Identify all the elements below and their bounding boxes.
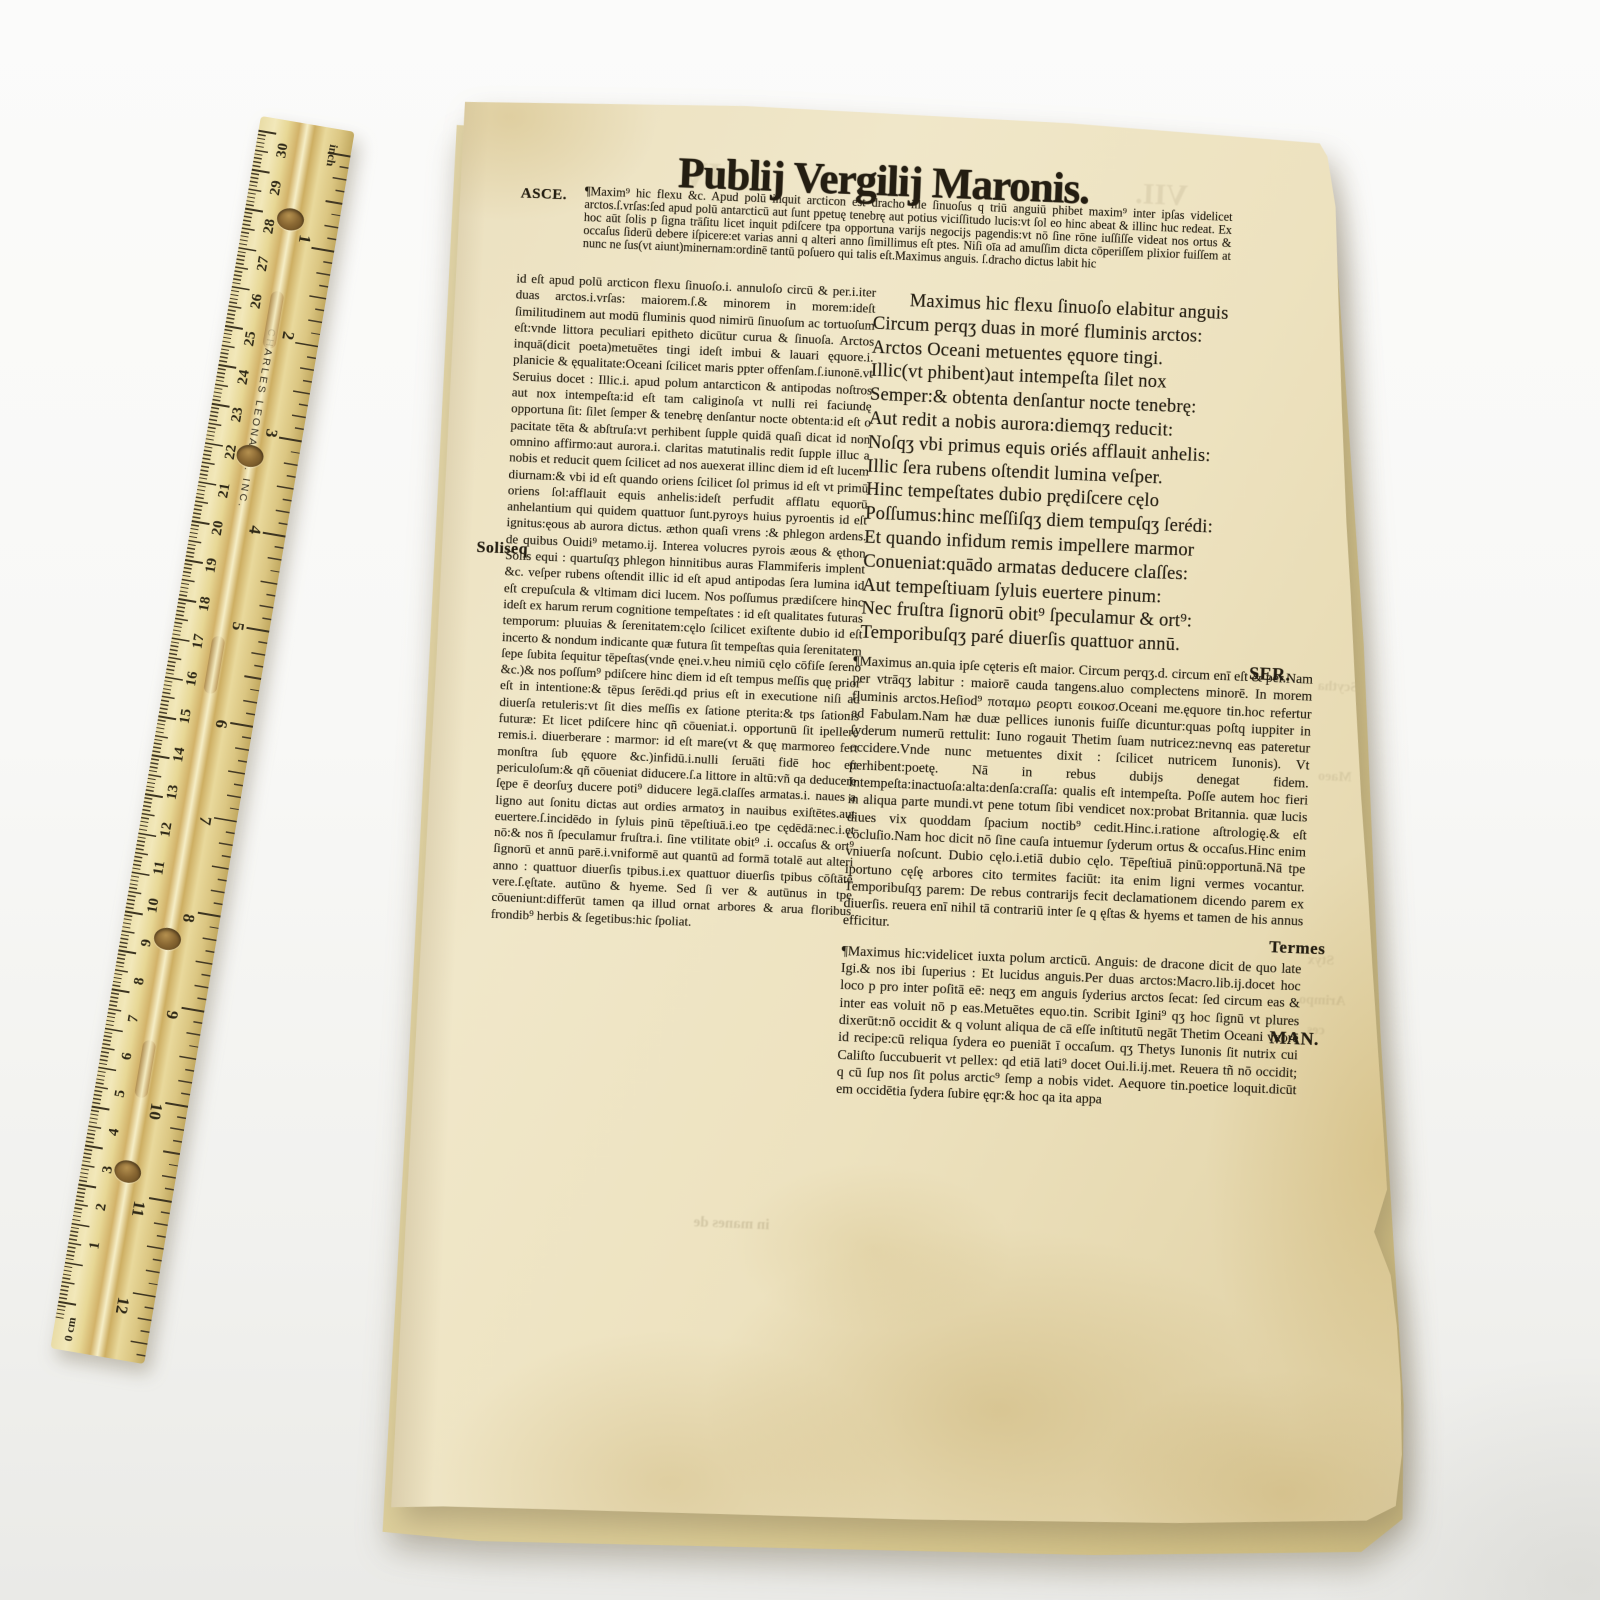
page-wrap: IVVII.in manes deScythaMaeoStyxArimpoces…	[382, 85, 1459, 1555]
inch-number: 7	[194, 815, 215, 827]
cm-number: 16	[182, 670, 201, 688]
ruler-cm-label: 0 cm	[61, 1316, 80, 1343]
photo-background: IVVII.in manes deScythaMaeoStyxArimpoces…	[0, 0, 1600, 1600]
inch-number: 1	[293, 233, 314, 245]
wooden-ruler: 3029282726252423222120191817161514131211…	[50, 116, 354, 1364]
inch-number: 4	[244, 524, 265, 536]
ruler-inch-numbers: 123456789101112	[109, 227, 316, 1317]
cm-number: 14	[170, 746, 189, 764]
cm-number: 5	[112, 1089, 130, 1099]
inch-number: 9	[161, 1009, 182, 1021]
cm-number: 8	[131, 976, 149, 986]
cm-number: 24	[234, 368, 253, 386]
inch-number: 3	[260, 427, 281, 439]
inch-number: 6	[210, 718, 231, 730]
cm-number: 11	[150, 859, 169, 876]
ghost-word: Scytha	[1317, 679, 1358, 697]
cm-number: 13	[163, 783, 182, 801]
cm-number: 17	[189, 632, 208, 650]
cm-number: 20	[208, 519, 227, 537]
cm-number: 6	[119, 1051, 137, 1061]
ghost-word: in manes de	[693, 1214, 769, 1234]
cm-number: 19	[202, 557, 221, 575]
inch-number: 8	[177, 912, 198, 924]
manuscript-page: IVVII.in manes deScythaMaeoStyxArimpoces…	[382, 85, 1459, 1555]
cm-number: 4	[106, 1127, 124, 1137]
cm-number: 15	[176, 708, 195, 726]
inch-number: 10	[143, 1101, 166, 1121]
commentary-paragraph: ¶Maximus hic:videlicet iuxta polum arcti…	[836, 942, 1302, 1116]
cm-number: 18	[195, 595, 214, 613]
bleedthrough-ghost-text: IVVII.in manes deScythaMaeoStyxArimpoces	[439, 85, 1458, 126]
commentary-paragraph: ¶Maximus an.quia ipſe cęteris eſt maior.…	[843, 652, 1314, 947]
cm-number: 7	[125, 1014, 143, 1024]
cm-number: 29	[266, 179, 285, 197]
inch-number: 2	[277, 330, 298, 342]
inch-number: 12	[110, 1295, 133, 1315]
cm-number: 2	[93, 1202, 111, 1212]
cm-number: 30	[273, 142, 292, 160]
right-commentary-column: ¶Maximus an.quia ipſe cęteris eſt maior.…	[835, 652, 1313, 1129]
left-commentary-column: id eſt apud polū arcticon flexu ſinuoſo.…	[491, 270, 877, 936]
ghost-word: Arimpo	[1299, 992, 1346, 1010]
margin-note-asce: ASCE.	[520, 185, 567, 204]
poem-verse-block: Maximus hic flexu ſinuoſo elabitur angui…	[860, 289, 1310, 663]
cm-number: 23	[228, 406, 247, 424]
ghost-word: Maeo	[1318, 769, 1352, 786]
cm-number: 12	[157, 821, 176, 839]
cm-number: 21	[215, 481, 234, 499]
inch-number: 11	[127, 1199, 149, 1218]
cm-number: 27	[253, 255, 272, 273]
cm-number: 26	[247, 293, 266, 311]
cm-number: 25	[241, 330, 260, 348]
ruler-wrap: 3029282726252423222120191817161514131211…	[50, 116, 354, 1364]
cm-number: 10	[144, 897, 163, 915]
cm-number: 1	[86, 1240, 104, 1250]
inch-number: 5	[227, 621, 248, 633]
